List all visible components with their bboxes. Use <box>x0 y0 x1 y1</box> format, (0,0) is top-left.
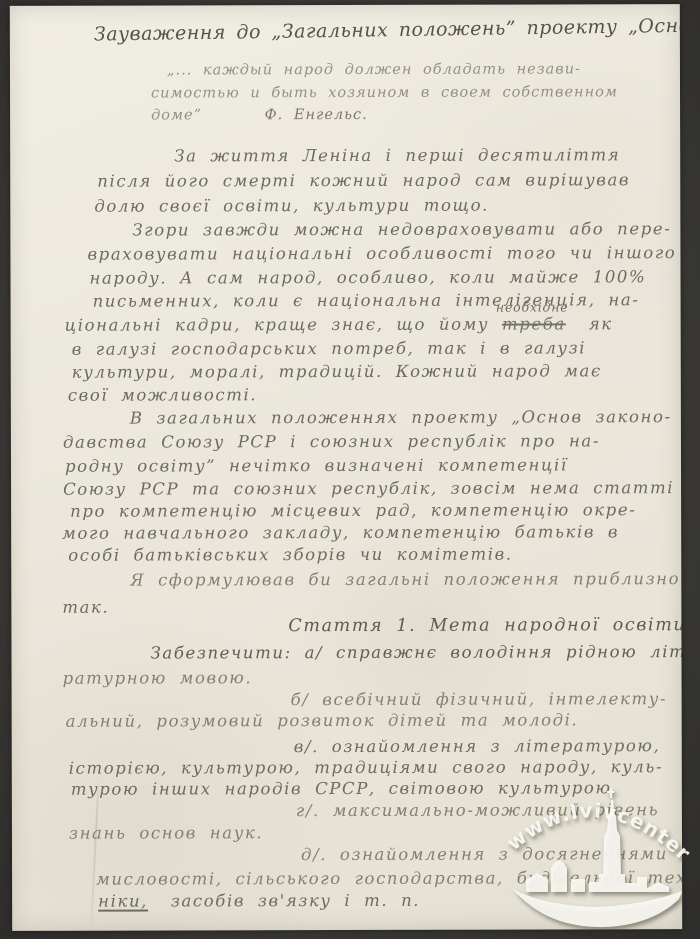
goal-line: історією, культурою, традиціями свого на… <box>69 757 663 778</box>
handwritten-line: враховувати національні особливості того… <box>87 243 676 264</box>
goal-line: мисловості, сільського господарства, буд… <box>96 868 682 889</box>
handwritten-line: За життя Леніна і перші десятиліття <box>174 145 620 165</box>
last-line-with-underline: ніки, засобів зв'язку і т. п. <box>98 891 420 911</box>
handwritten-line: Союзу РСР та союзних республік, зовсім н… <box>63 478 674 499</box>
epigraph-line-end: доме” <box>151 107 202 123</box>
goal-line: г/. максимально-можливий рівень <box>296 800 659 820</box>
correction-wrap: треба необхідне <box>502 314 566 333</box>
goal-line: д/. ознайомлення з досягненнями про- <box>301 844 682 864</box>
handwritten-line: родну освіту” нечітко визначені компетен… <box>65 455 568 475</box>
handwritten-line: давства Союзу РСР і союзних республік пр… <box>63 431 600 451</box>
handwritten-line: культури, моралі, традицій. Кожний народ… <box>72 361 602 381</box>
manuscript-page: Зауваження до „Загальних положень” проек… <box>10 4 682 931</box>
correction-after-text: як <box>589 314 613 333</box>
handwritten-line: Я сформулював би загальні положення приб… <box>130 569 680 589</box>
struck-out-word: треба <box>502 314 566 333</box>
handwritten-line: свої можливості. <box>68 385 257 404</box>
handwritten-line: особі батьківських зборів чи комітетів. <box>68 545 512 565</box>
handwritten-line: після його смерті кожний народ сам виріш… <box>97 170 630 190</box>
epigraph-line: симостью и быть хозяином в своем собстве… <box>151 84 618 101</box>
epigraph-line: доме” Ф. Енгельс. <box>151 107 368 124</box>
goal-line: в/. ознайомлення з літературою, <box>294 736 661 756</box>
handwritten-line-with-correction: ціональні кадри, краще знає, що йому тре… <box>65 314 613 334</box>
handwritten-line: В загальних положеннях проекту „Основ за… <box>130 407 672 427</box>
scan-background: Зауваження до „Загальних положень” проек… <box>0 0 700 939</box>
handwritten-line: про компетенцію місцевих рад, компетенці… <box>70 500 636 520</box>
goal-line: б/ всебічний фізичний, інтелекту- <box>291 689 667 709</box>
document-title: Зауваження до „Загальних положень” проек… <box>94 14 682 45</box>
epigraph-attribution: Ф. Енгельс. <box>265 107 368 123</box>
article-heading: Стаття 1. Мета народної освіти. <box>288 615 682 636</box>
handwritten-line: в галузі господарських потреб, так і в г… <box>72 338 586 358</box>
goal-line: ратурною мовою. <box>63 668 253 687</box>
goal-line: альний, розумовий розвиток дітей та моло… <box>66 710 579 730</box>
goal-line: знань основ наук. <box>69 823 263 843</box>
epigraph-line: „... каждый народ должен обладать незави… <box>167 61 581 78</box>
underlined-word: ніки, <box>98 892 148 911</box>
last-line-rest: засобів зв'язку і т. п. <box>171 891 420 911</box>
handwritten-line: народу. А сам народ, особливо, коли майж… <box>89 267 646 287</box>
goal-line: Забезпечити: а/ справжнє володіння рідно… <box>150 642 682 662</box>
handwritten-line: мого навчального закладу, компетенцію ба… <box>62 522 619 542</box>
handwritten-line: Згори завжди можна недовраховувати або п… <box>132 219 671 239</box>
handwritten-line: так. <box>62 598 109 617</box>
inserted-word-above: необхідне <box>496 299 569 314</box>
correction-before-text: ціональні кадри, краще знає, що йому <box>65 315 490 335</box>
handwritten-line: долю своєї освіти, культури тощо. <box>94 196 489 216</box>
goal-line: турою інших народів СРСР, світовою культ… <box>71 778 619 798</box>
